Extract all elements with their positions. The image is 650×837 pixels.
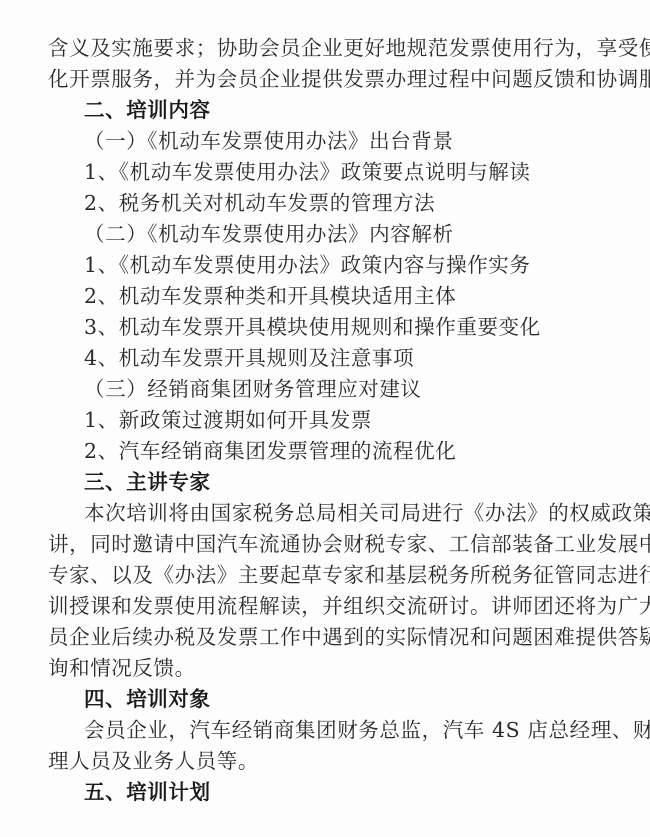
list-item: 1、新政策过渡期如何开具发票 <box>84 408 644 432</box>
section-heading-training-plan: 五、培训计划 <box>84 780 644 804</box>
list-item: 4、机动车发票开具规则及注意事项 <box>84 346 644 370</box>
body-line: 员企业后续办税及发票工作中遇到的实际情况和问题困难提供答疑咨 <box>48 625 608 649</box>
list-item: 1、《机动车发票使用办法》政策要点说明与解读 <box>84 160 644 184</box>
section-heading-audience: 四、培训对象 <box>84 687 644 711</box>
body-line: 专家、以及《办法》主要起草专家和基层税务所税务征管同志进行培 <box>48 563 608 587</box>
list-item: 3、机动车发票开具模块使用规则和操作重要变化 <box>84 315 644 339</box>
list-item: 1、《机动车发票使用办法》政策内容与操作实务 <box>84 253 644 277</box>
list-item: 2、汽车经销商集团发票管理的流程优化 <box>84 439 644 463</box>
paragraph-start: 会员企业，汽车经销商集团财务总监，汽车 4S 店总经理、财务管 <box>84 718 644 742</box>
list-item: 2、机动车发票种类和开具模块适用主体 <box>84 284 644 308</box>
body-line: 询和情况反馈。 <box>48 656 608 680</box>
subsection-title: （二）《机动车发票使用办法》内容解析 <box>84 222 644 246</box>
body-line: 化开票服务，并为会员企业提供发票办理过程中问题反馈和协调服务。 <box>48 67 608 91</box>
body-line: 理人员及业务人员等。 <box>48 749 608 773</box>
section-heading-lecturers: 三、主讲专家 <box>84 470 644 494</box>
list-item: 2、税务机关对机动车发票的管理方法 <box>84 191 644 215</box>
body-line: 讲，同时邀请中国汽车流通协会财税专家、工信部装备工业发展中心 <box>48 532 608 556</box>
body-line: 训授课和发票使用流程解读，并组织交流研讨。讲师团还将为广大会 <box>48 594 608 618</box>
body-line: 含义及实施要求；协助会员企业更好地规范发票使用行为，享受便利 <box>48 36 608 60</box>
paragraph-start: 本次培训将由国家税务总局相关司局进行《办法》的权威政策宣 <box>84 501 644 525</box>
section-heading-training-content: 二、培训内容 <box>84 98 644 122</box>
subsection-title: （一）《机动车发票使用办法》出台背景 <box>84 129 644 153</box>
document-page: 含义及实施要求；协助会员企业更好地规范发票使用行为，享受便利 化开票服务，并为会… <box>0 0 650 837</box>
subsection-title: （三）经销商集团财务管理应对建议 <box>84 377 644 401</box>
